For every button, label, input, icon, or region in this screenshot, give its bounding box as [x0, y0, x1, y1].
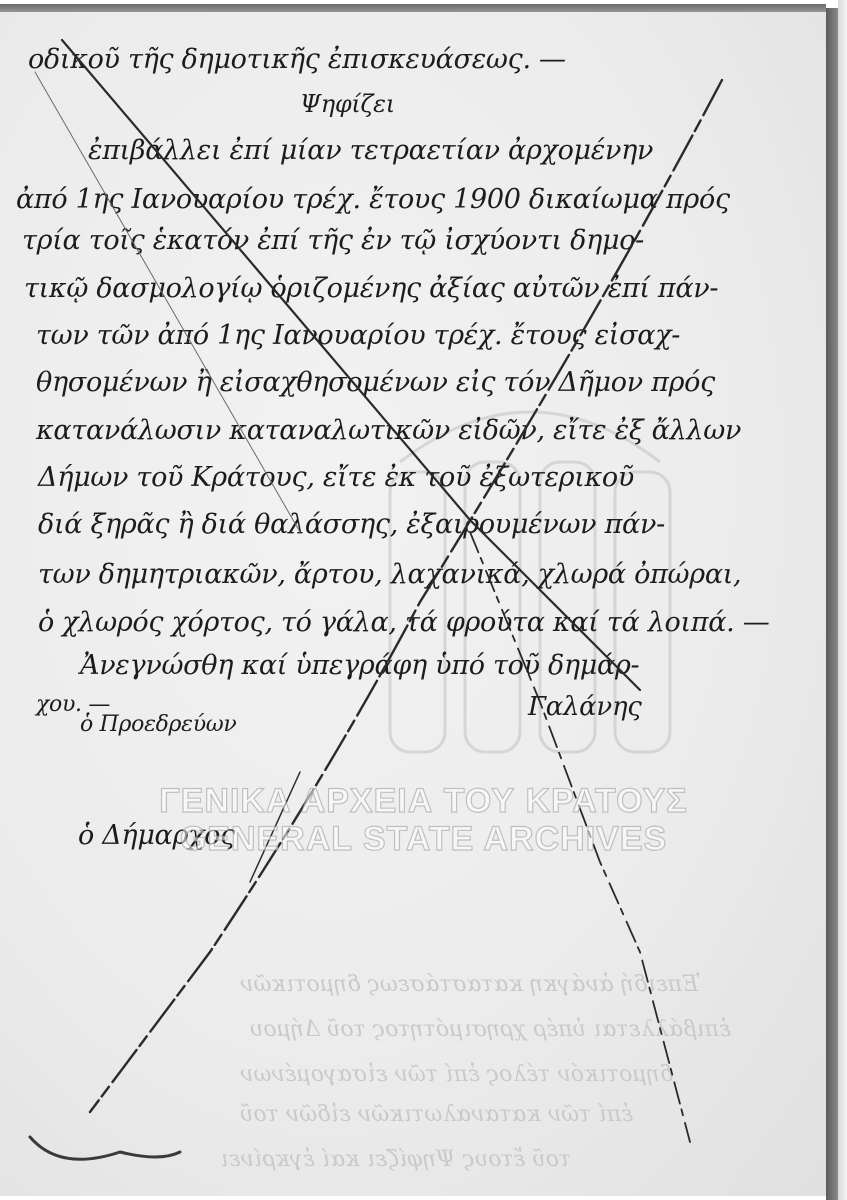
watermark-english: GENERAL STATE ARCHIVES: [0, 820, 826, 859]
watermark-greek: ΓΕΝΙΚΑ ΑΡΧΕΙΑ ΤΟΥ ΚΡΑΤΟΥΣ: [0, 782, 826, 821]
book-spine-shadow: [826, 8, 838, 1200]
cancellation-cross-strokes: [0, 12, 826, 1196]
next-page-edge: [838, 0, 847, 1200]
manuscript-page: Ἐπειδή ἀνάγκη καταστάσεως δημοτικῶν ἐπιβ…: [0, 12, 826, 1196]
